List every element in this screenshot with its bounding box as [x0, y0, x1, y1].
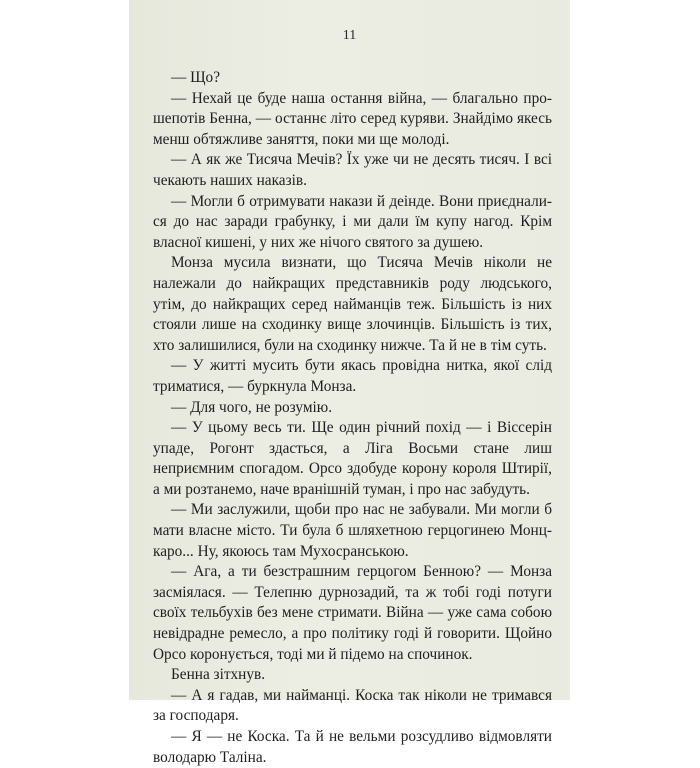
paragraph: Монза мусила визнати, що Тисяча Мечів ні…	[153, 253, 552, 356]
book-page: 11 — Що? — Нехай це буде наша остання ві…	[129, 0, 570, 700]
paragraph: — Могли б отримувати накази й деінде. Во…	[153, 192, 552, 254]
paragraph: — Ага, а ти безстрашним герцогом Бенною?…	[153, 562, 552, 665]
paragraph: — Що?	[153, 68, 552, 89]
paragraph: — Для чого, не розумію.	[153, 398, 552, 419]
paragraph: — У цьому весь ти. Ще один річний похід …	[153, 418, 552, 500]
paragraph: — Нехай це буде наша остання війна, — бл…	[153, 89, 552, 151]
paragraph: — Ми заслужили, щоби про нас не забували…	[153, 500, 552, 562]
paragraph: — А я гадав, ми найманці. Коска так ніко…	[153, 686, 552, 700]
paragraph: — У житті мусить бути якась провідна нит…	[153, 356, 552, 397]
paragraph: Бенна зітхнув.	[153, 665, 552, 686]
page-text: — Що? — Нехай це буде наша остання війна…	[153, 68, 552, 700]
page-number: 11	[129, 28, 570, 44]
paragraph: — А як же Тисяча Мечів? Їх уже чи не дес…	[153, 150, 552, 191]
